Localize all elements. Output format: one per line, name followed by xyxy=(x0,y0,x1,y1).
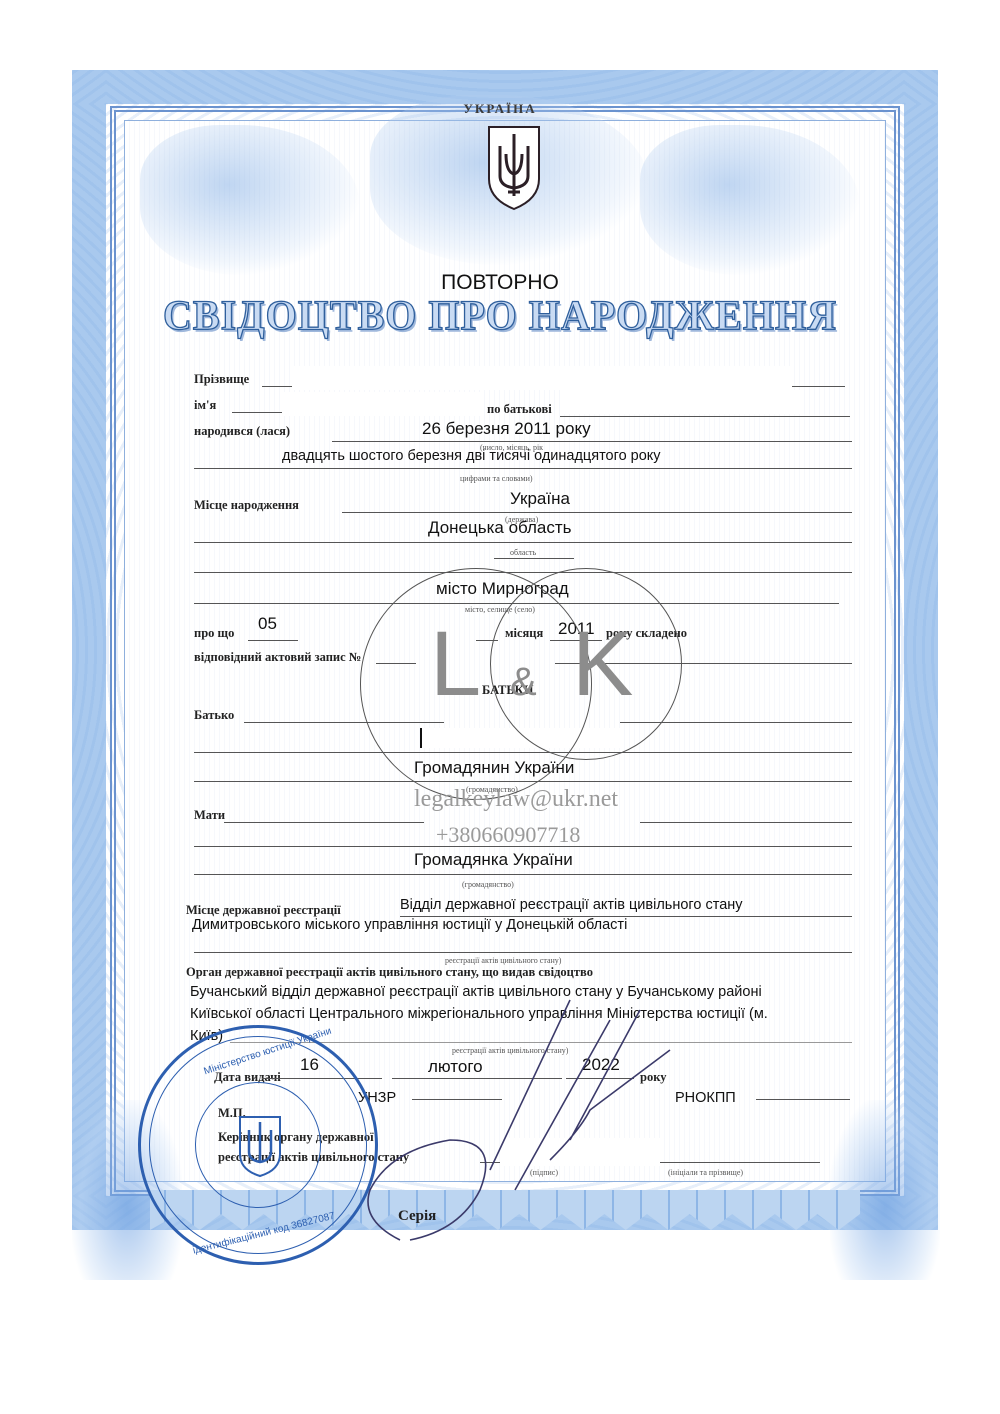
registration-caption: реєстрації актів цивільного стану) xyxy=(445,956,561,965)
registration-place-label: Місце державної реєстрації xyxy=(186,903,341,918)
birthplace-label: Місце народження xyxy=(194,498,299,513)
date-caption-bottom: цифрами та словами) xyxy=(460,474,533,483)
registration-place-underline2 xyxy=(194,952,852,953)
patronymic-line xyxy=(560,416,850,417)
surname-line xyxy=(262,386,292,387)
watermark-email: legalkeylaw@ukr.net xyxy=(414,786,618,813)
registration-place-line2: Димитровського міського управління юстиц… xyxy=(192,917,627,933)
mother-label: Мати xyxy=(194,808,225,823)
country-label: УКРАЇНА xyxy=(0,101,1000,117)
watermark-ampersand: & xyxy=(510,660,537,705)
issuing-body-label: Орган державної реєстрації актів цивільн… xyxy=(186,965,593,980)
rnokpp-line xyxy=(756,1099,850,1100)
registration-place-line1: Відділ державної реєстрації актів цивіль… xyxy=(400,897,743,913)
signature-scribble-icon xyxy=(340,990,700,1250)
mother-citizenship: Громадянка України xyxy=(414,850,573,870)
watermark-letter-l: L xyxy=(430,612,481,717)
document-title: СВІДОЦТВО ПРО НАРОДЖЕННЯ xyxy=(0,291,1000,340)
stamp-trident-icon xyxy=(237,1114,283,1183)
trident-coat-of-arms-icon xyxy=(486,124,542,212)
surname-label: Прізвище xyxy=(194,372,249,387)
record-day-line xyxy=(248,640,298,641)
blank-line xyxy=(194,572,852,573)
surname-redacted xyxy=(292,366,792,390)
region-caption-line xyxy=(494,558,574,559)
birth-date-digits: 26 березня 2011 року xyxy=(422,419,591,439)
birthplace-country: Україна xyxy=(510,489,570,509)
mother-citizenship-caption: (громадянство) xyxy=(462,880,514,889)
birth-date-words: двадцять шостого березня дві тисячі один… xyxy=(282,448,661,464)
watermark-phone: +380660907718 xyxy=(436,822,580,848)
name-label: ім'я xyxy=(194,398,216,413)
name-line xyxy=(232,412,282,413)
record-day: 05 xyxy=(258,614,277,634)
region-caption: область xyxy=(510,548,536,557)
birthplace-region: Донецька область xyxy=(428,518,572,538)
born-label: народився (лася) xyxy=(194,424,290,439)
region-line xyxy=(194,542,852,543)
mother-citizenship-line xyxy=(194,874,852,875)
record-number-label: відповідний актовий запис № xyxy=(194,650,361,665)
born-words-line xyxy=(194,468,852,469)
mother-line xyxy=(224,822,424,823)
patronymic-label: по батькові xyxy=(487,402,552,417)
born-line xyxy=(332,441,852,442)
mother-line-right xyxy=(640,822,852,823)
birthplace-line xyxy=(342,512,852,513)
about-label: про що xyxy=(194,626,234,641)
patronymic-redacted xyxy=(560,390,800,414)
father-label: Батько xyxy=(194,708,234,723)
watermark-letter-k: K xyxy=(572,612,633,717)
name-redacted xyxy=(282,392,482,416)
